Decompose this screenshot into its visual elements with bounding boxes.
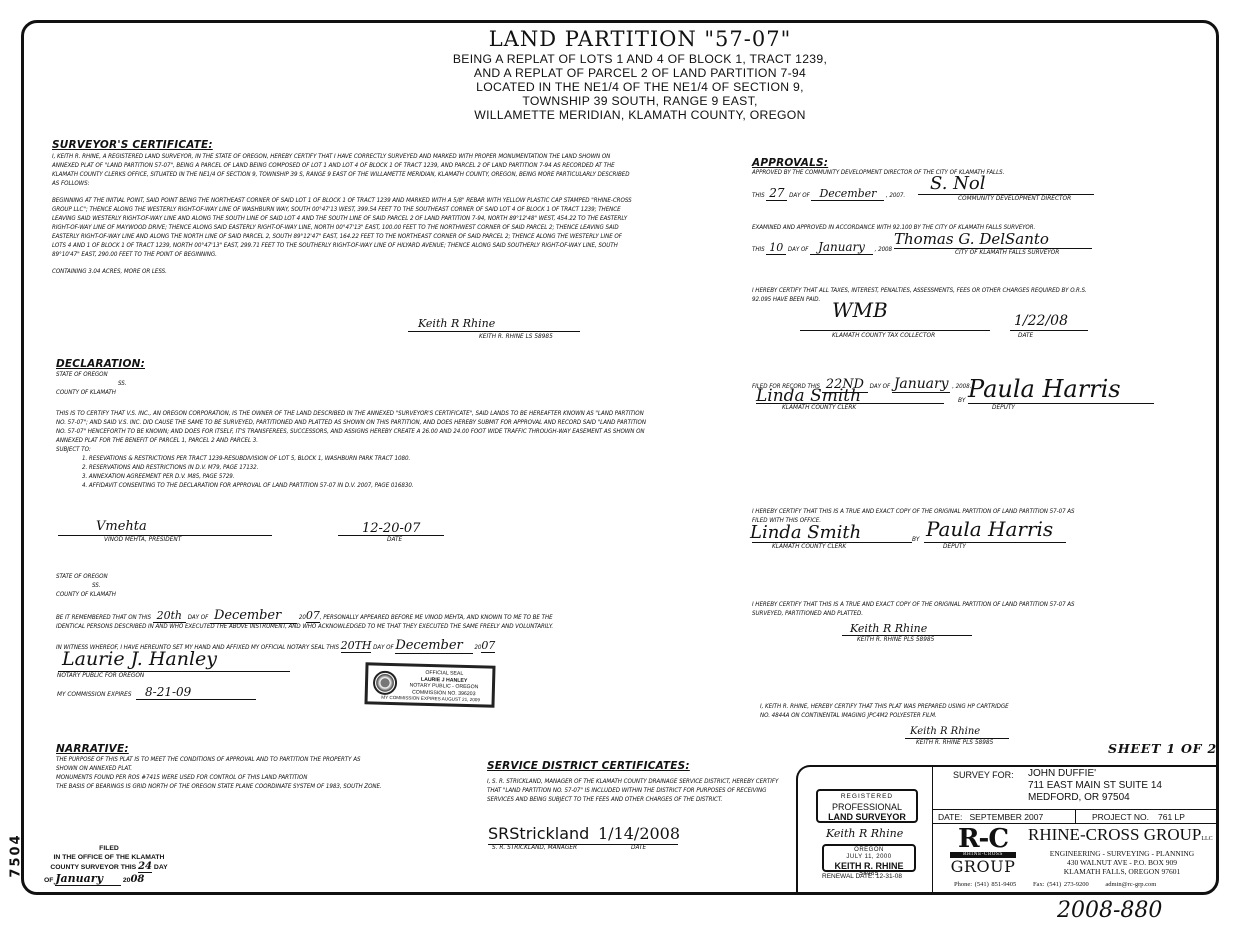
email: admin@rc-grp.com	[1105, 881, 1156, 888]
witness-day: 20th	[341, 639, 372, 653]
commission-value: 8-21-09	[145, 686, 191, 698]
date-project-row: DATE: SEPTEMBER 2007 PROJECT NO. 761 LP	[932, 809, 1218, 824]
restriction-item: 1. RESEVATIONS & RESTRICTIONS PER TRACT …	[82, 454, 646, 463]
copy1-deputy-label: DEPUTY	[943, 544, 966, 550]
section-heading: NARRATIVE:	[56, 743, 476, 755]
surveyor-license-stamp: OREGON JULY 11, 2000 KEITH R. RHINE 5898…	[822, 844, 916, 872]
state-label: STATE OF OREGON	[56, 572, 636, 581]
signature-line	[338, 535, 444, 536]
signature-line	[918, 194, 1094, 195]
seal-emblem-icon	[373, 671, 398, 696]
notary-label: NOTARY PUBLIC FOR OREGON	[57, 673, 144, 679]
cdd-day: 27	[766, 186, 787, 201]
notary-line-2: IDENTICAL PERSONS DESCRIBED IN AND WHO E…	[56, 622, 636, 631]
declaration: DECLARATION: STATE OF OREGON SS. COUNTY …	[56, 358, 646, 490]
strickland-label: S. R. STRICKLAND, MANAGER	[492, 845, 577, 851]
notary-year: 07	[306, 609, 320, 623]
renewal-date: RENEWAL DATE: 12-31-08	[822, 873, 902, 880]
tax-collector-label: KLAMATH COUNTY TAX COLLECTOR	[832, 333, 935, 339]
witness-month: December	[395, 638, 472, 654]
cdd-label: COMMUNITY DEVELOPMENT DIRECTOR	[958, 196, 1071, 202]
copy1-clerk-label: KLAMATH COUNTY CLERK	[772, 544, 846, 550]
president-signature: Vmehta	[96, 520, 147, 533]
narrative: NARRATIVE: THE PURPOSE OF THIS PLAT IS T…	[56, 743, 476, 791]
sheet-number: SHEET 1 OF 2	[1108, 741, 1217, 756]
copy2-label: KEITH R. RHINE PLS 58985	[857, 637, 934, 643]
declaration-body: THIS IS TO CERTIFY THAT V.S. INC., AN OR…	[56, 409, 646, 445]
signature-line	[136, 699, 256, 700]
service-district-certificate: SERVICE DISTRICT CERTIFICATES: I, S. R. …	[487, 760, 787, 804]
tax-date-value: 1/22/08	[1014, 314, 1068, 328]
signature-line	[1010, 330, 1088, 331]
surveyor-month: January	[810, 240, 873, 255]
subtitle-line: BEING A REPLAT OF LOTS 1 AND 4 OF BLOCK …	[380, 52, 900, 66]
date-label: DATE	[631, 845, 646, 851]
filed-year: 08	[130, 874, 144, 885]
company-address: KLAMATH FALLS, OREGON 97601	[1028, 867, 1216, 876]
signature-line	[894, 248, 1092, 249]
notary-acknowledgment: STATE OF OREGON SS. COUNTY OF KLAMATH BE…	[56, 572, 636, 652]
narrative-line: THE PURPOSE OF THIS PLAT IS TO MEET THE …	[56, 755, 476, 764]
commission-label: MY COMMISSION EXPIRES	[57, 692, 132, 698]
professional-surveyor-stamp: REGISTERED PROFESSIONAL LAND SURVEYOR	[816, 789, 918, 823]
surveyors-certificate: SURVEYOR'S CERTIFICATE: I, KEITH R. RHIN…	[52, 139, 632, 284]
subtitle-line: TOWNSHIP 39 SOUTH, RANGE 9 EAST,	[380, 94, 900, 108]
page-title: LAND PARTITION "57-07"	[380, 26, 900, 52]
signature-line	[58, 671, 290, 672]
company-address: 430 WALNUT AVE - P.O. BOX 909	[1028, 858, 1216, 867]
signature-line	[924, 542, 1066, 543]
copy-certificate-2: I HEREBY CERTIFY THAT THIS IS A TRUE AND…	[752, 600, 1082, 618]
deputy-label: DEPUTY	[992, 405, 1015, 411]
cdd-month: December	[811, 187, 884, 201]
filed-month: January	[892, 376, 951, 393]
signature-line	[58, 535, 272, 536]
copy1-deputy-signature: Paula Harris	[926, 519, 1053, 539]
ss-label: SS.	[56, 379, 646, 388]
signature-line	[968, 403, 1154, 404]
tax-date-label: DATE	[1018, 333, 1033, 339]
title-block-box: REGISTERED PROFESSIONAL LAND SURVEYOR Ke…	[796, 765, 1216, 893]
surveyor-date-line: THIS 10 DAY OF January , 2008	[752, 241, 892, 254]
restriction-item: 4. AFFIDAVIT CONSENTING TO THE DECLARATI…	[82, 481, 646, 490]
certificate-paragraph: I, KEITH R. RHINE, A REGISTERED LAND SUR…	[52, 152, 632, 188]
tax-collector-signature: WMB	[832, 300, 888, 320]
city-surveyor-signature: Thomas G. DelSanto	[894, 232, 1049, 247]
signature-line	[842, 635, 972, 636]
document-number: 7504	[9, 833, 24, 877]
film-label: KEITH R. RHINE PLS 58985	[916, 740, 993, 746]
notary-day: 20th	[153, 609, 186, 623]
notary-month: December	[210, 608, 297, 624]
county-label: COUNTY OF KLAMATH	[56, 590, 636, 599]
company-services: ENGINEERING - SURVEYING - PLANNING	[1028, 849, 1216, 858]
film-signature: Keith R Rhine	[910, 727, 980, 737]
cdd-date-line: THIS 27 DAY OF December , 2007.	[752, 187, 905, 200]
narrative-line: THE BASIS OF BEARINGS IS GRID NORTH OF T…	[56, 782, 476, 791]
acreage: CONTAINING 3.04 ACRES, MORE OR LESS.	[52, 267, 632, 276]
recording-number: 2008-880	[1057, 898, 1162, 923]
stamp-signature: Keith R Rhine	[826, 828, 903, 839]
signer-label: KEITH R. RHINE LS 58985	[479, 334, 553, 340]
county-surveyor-filed-stamp: FILED IN THE OFFICE OF THE KLAMATH COUNT…	[44, 845, 174, 885]
notary-signature: Laurie J. Hanley	[62, 650, 217, 669]
rhine-cross-logo: R-C RHINE-CROSS GROUP	[950, 827, 1016, 874]
project-label: PROJECT NO.	[1092, 812, 1149, 822]
strickland-signature: SRStrickland	[488, 826, 589, 842]
subtitle-line: WILLAMETTE MERIDIAN, KLAMATH COUNTY, ORE…	[380, 108, 900, 122]
restriction-item: 2. RESERVATIONS AND RESTRICTIONS IN D.V.…	[82, 463, 646, 472]
section-heading: SERVICE DISTRICT CERTIFICATES:	[487, 760, 787, 772]
surveyor-signature: Keith R Rhine	[418, 318, 495, 329]
section-heading: DECLARATION:	[56, 358, 646, 370]
subtitle-line: LOCATED IN THE NE1/4 OF THE NE1/4 OF SEC…	[380, 80, 900, 94]
survey-for-value: JOHN DUFFIE' 711 EAST MAIN ST SUITE 14 M…	[1028, 768, 1162, 804]
fax: Fax: (541) 273-9200	[1033, 881, 1089, 888]
service-district-body: I, S. R. STRICKLAND, MANAGER OF THE KLAM…	[487, 777, 787, 804]
divider	[932, 767, 933, 893]
tax-certificate-text: I HEREBY CERTIFY THAT ALL TAXES, INTERES…	[752, 286, 1092, 304]
by-label: BY	[912, 537, 919, 543]
copy2-signature: Keith R Rhine	[850, 623, 927, 634]
subtitle-line: AND A REPLAT OF PARCEL 2 OF LAND PARTITI…	[380, 66, 900, 80]
signature-line	[408, 331, 580, 332]
restriction-item: 3. ANNEXATION AGREEMENT PER D.V. M85, PA…	[82, 472, 646, 481]
legal-description: BEGINNING AT THE INITIAL POINT, SAID POI…	[52, 196, 632, 259]
deputy-signature: Paula Harris	[968, 377, 1121, 401]
survey-date: DATE: SEPTEMBER 2007	[938, 812, 1043, 822]
signature-line	[800, 330, 990, 331]
city-surveyor-label: CITY OF KLAMATH FALLS SURVEYOR	[955, 250, 1059, 256]
title-block: LAND PARTITION "57-07" BEING A REPLAT OF…	[380, 26, 900, 122]
surveyor-day: 10	[766, 241, 786, 255]
filed-day: 24	[138, 861, 152, 873]
county-label: COUNTY OF KLAMATH	[56, 388, 646, 397]
by-label: BY	[958, 398, 965, 404]
notary-seal: OFFICIAL SEAL LAURIE J HANLEY NOTARY PUB…	[364, 662, 495, 707]
narrative-line: MONUMENTS FOUND PER ROS #7415 WERE USED …	[56, 773, 476, 782]
witness-year: 07	[481, 639, 495, 653]
president-label: VINOD MEHTA, PRESIDENT	[104, 537, 181, 543]
section-heading: SURVEYOR'S CERTIFICATE:	[52, 139, 632, 151]
signature-line	[752, 542, 912, 543]
declaration-date-value: 12-20-07	[362, 522, 420, 535]
project-number: 761 LP	[1158, 812, 1185, 822]
film-certificate: I, KEITH R. RHINE, HEREBY CERTIFY THAT T…	[760, 702, 1020, 720]
survey-for-label: SURVEY FOR:	[953, 770, 1014, 780]
company-info: RHINE-CROSS GROUPLLC ENGINEERING - SURVE…	[1028, 825, 1216, 876]
date-label: DATE	[387, 537, 402, 543]
county-clerk-label: KLAMATH COUNTY CLERK	[782, 405, 856, 411]
copy1-clerk-signature: Linda Smith	[750, 524, 861, 542]
company-name: RHINE-CROSS GROUP	[1028, 825, 1201, 844]
signature-line	[905, 738, 1009, 739]
company-contact: Phone: (541) 851-9405 Fax: (541) 273-920…	[954, 881, 1170, 888]
service-district-date: 1/14/2008	[598, 826, 680, 842]
ss-label: SS.	[56, 581, 636, 590]
narrative-line: SHOWN ON ANNEXED PLAT.	[56, 764, 476, 773]
filed-month: January	[55, 872, 121, 886]
divider	[1075, 809, 1076, 824]
signature-line	[756, 403, 944, 404]
phone: Phone: (541) 851-9405	[954, 881, 1016, 888]
state-label: STATE OF OREGON	[56, 370, 646, 379]
cdd-signature: S. Nol	[930, 175, 985, 193]
subject-to-label: SUBJECT TO:	[56, 445, 646, 454]
